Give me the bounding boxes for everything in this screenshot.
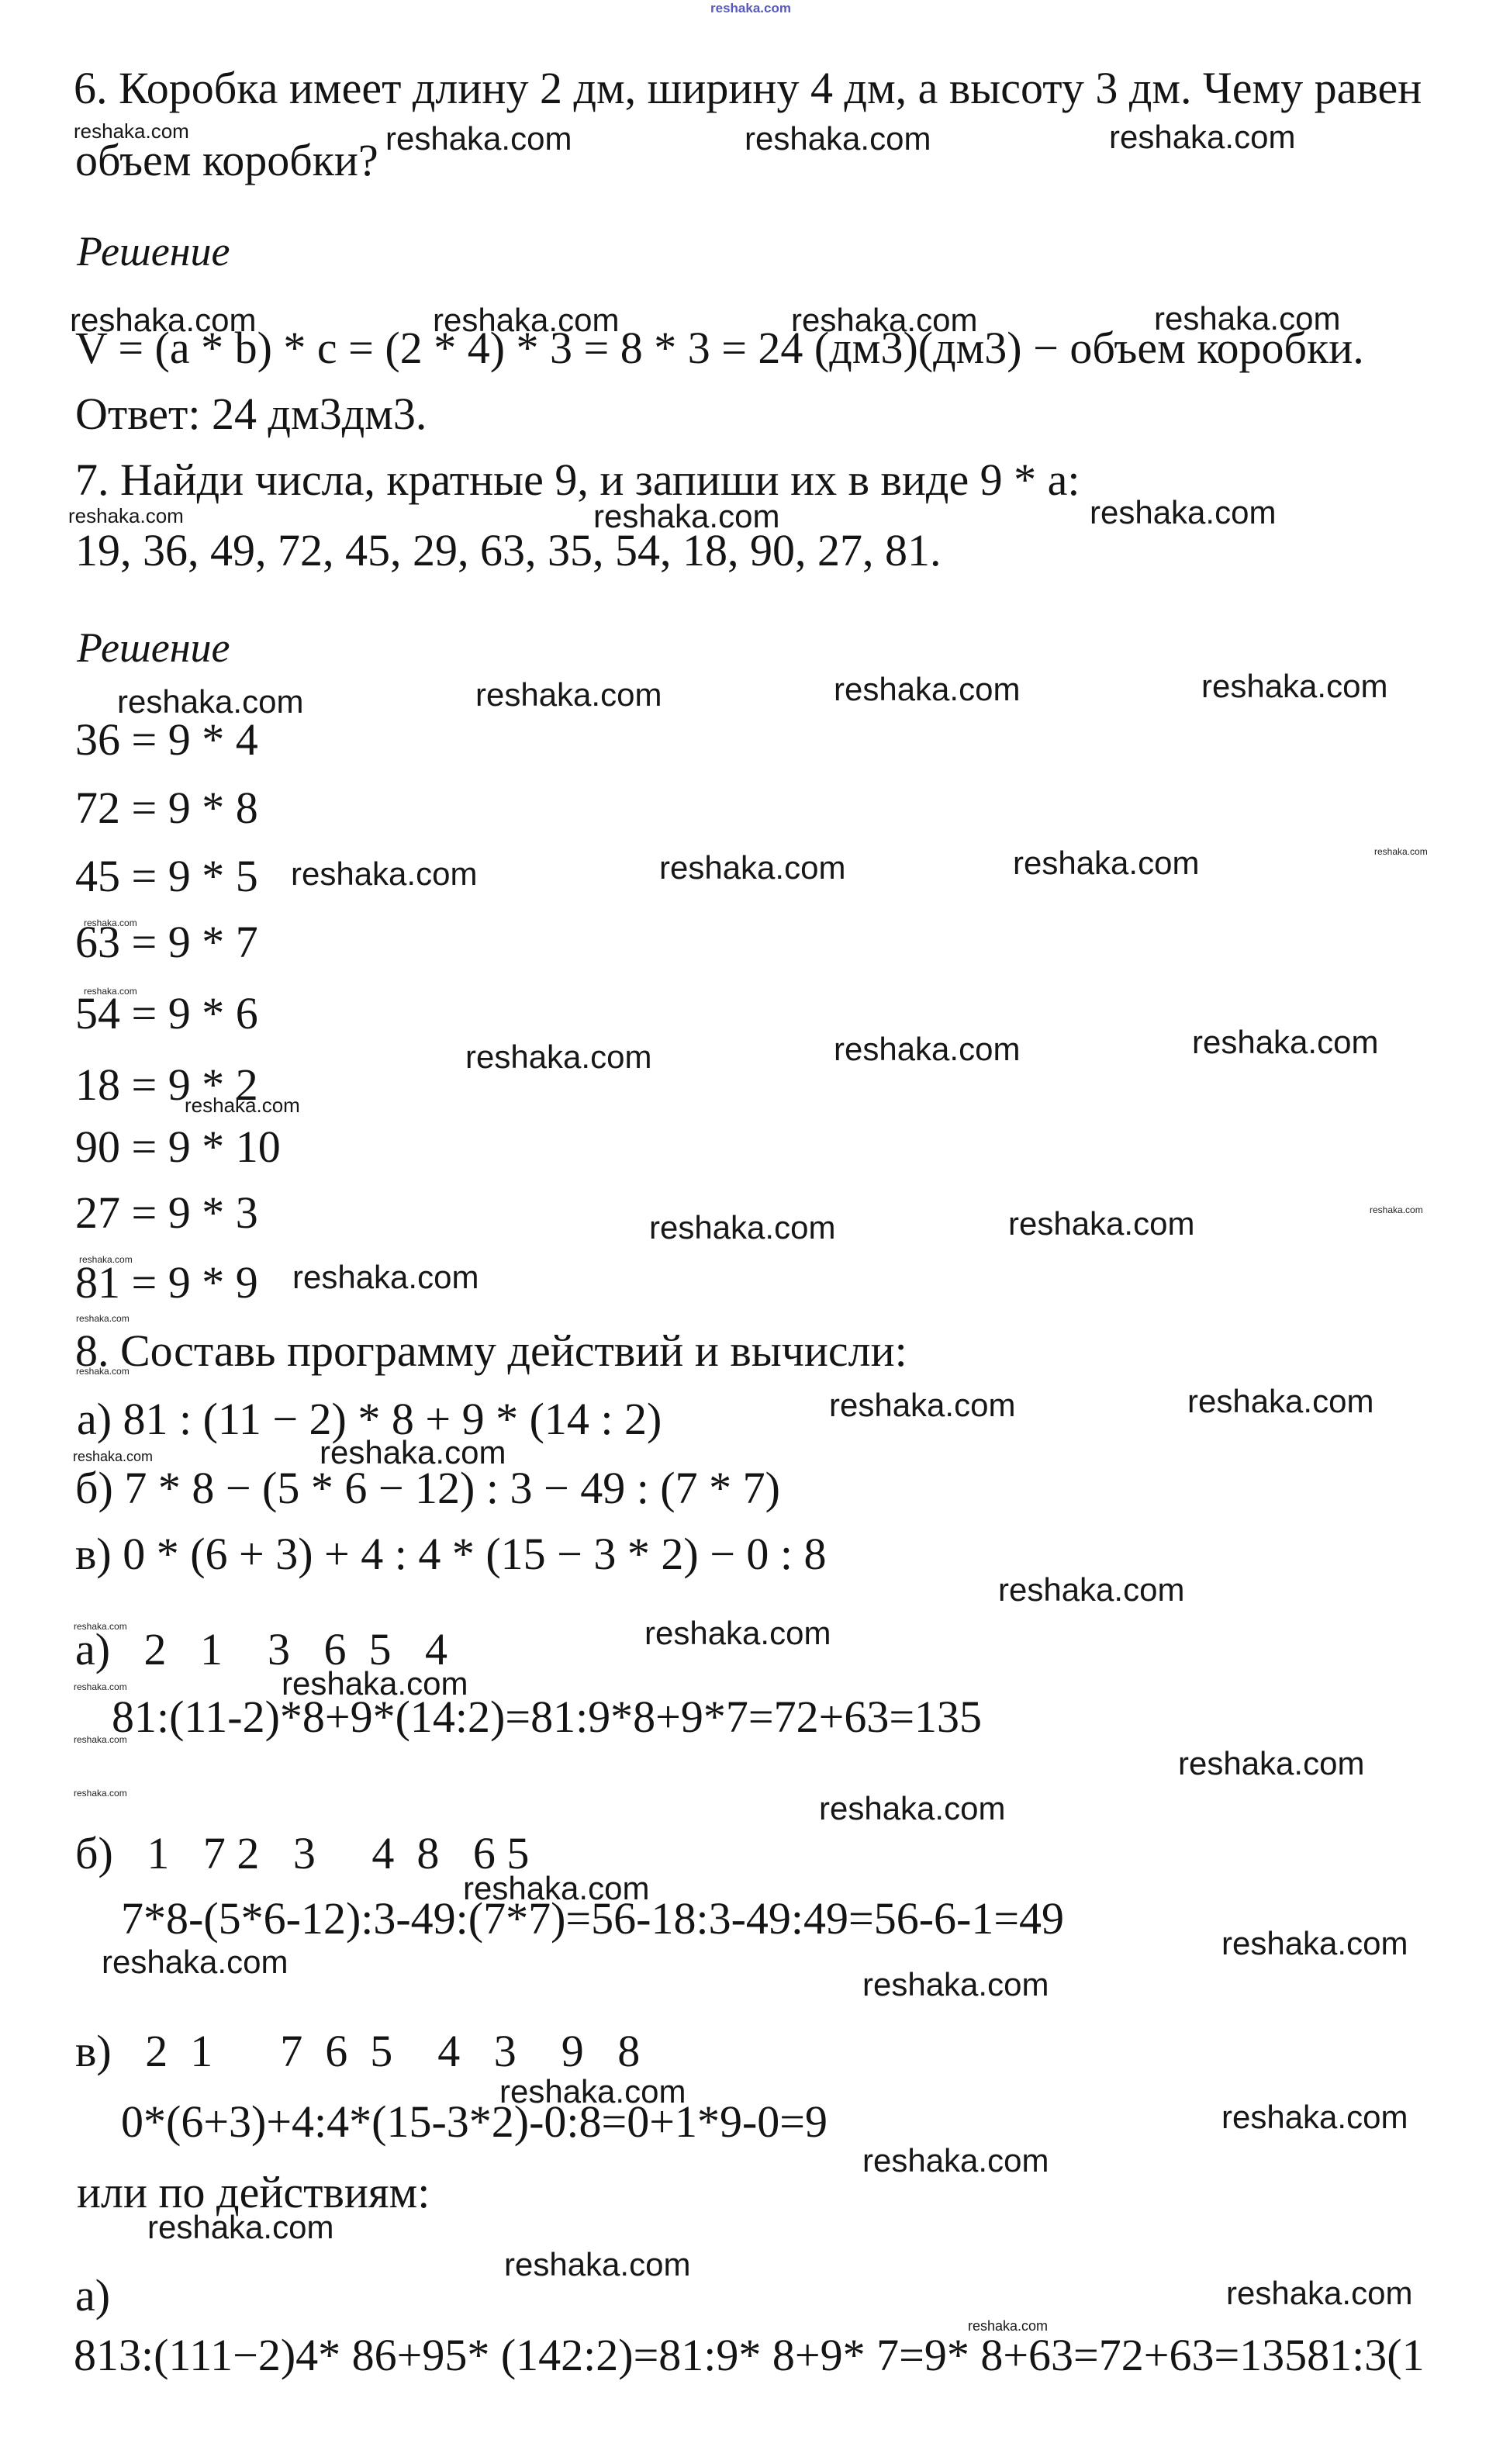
problem-7-solution-heading: Решение <box>77 626 230 670</box>
watermark-text: reshaka.com <box>463 1872 649 1905</box>
watermark-text: reshaka.com <box>1187 1385 1373 1418</box>
equation-72: 72 = 9 * 8 <box>75 785 258 832</box>
watermark-text: reshaka.com <box>1154 302 1340 335</box>
problem-8-statement: 8. Составь программу действий и вычисли: <box>75 1328 907 1375</box>
expression-b: б) 7 * 8 − (5 * 6 − 12) : 3 − 49 : (7 * … <box>75 1465 780 1512</box>
problem-6-solution-heading: Решение <box>77 230 230 274</box>
watermark-text: reshaka.com <box>998 1574 1184 1606</box>
watermark-text: reshaka.com <box>1374 847 1428 856</box>
watermark-text: reshaka.com <box>829 1389 1015 1422</box>
watermark-text: reshaka.com <box>791 304 977 337</box>
equation-81: 81 = 9 * 9 <box>75 1260 258 1307</box>
watermark-logo-blue: reshaka.com <box>710 2 791 15</box>
watermark-text: reshaka.com <box>499 2075 686 2108</box>
watermark-text: reshaka.com <box>1226 2277 1412 2310</box>
watermark-text: reshaka.com <box>475 679 662 711</box>
watermark-text: reshaka.com <box>282 1667 468 1700</box>
watermark-text: reshaka.com <box>593 500 779 533</box>
watermark-text: reshaka.com <box>659 852 845 884</box>
watermark-text: reshaka.com <box>79 1255 133 1264</box>
equation-54: 54 = 9 * 6 <box>75 990 258 1038</box>
watermark-text: reshaka.com <box>74 1735 127 1744</box>
watermark-text: reshaka.com <box>504 2248 690 2281</box>
alternative-calculation-a: 813:(111−2)4* 86+95* (142:2)=81:9* 8+9* … <box>74 2332 1425 2379</box>
watermark-text: reshaka.com <box>70 304 256 337</box>
watermark-text: reshaka.com <box>1370 1205 1423 1215</box>
watermark-text: reshaka.com <box>433 304 619 337</box>
equation-90: 90 = 9 * 10 <box>75 1124 281 1171</box>
problem-7-numbers: 19, 36, 49, 72, 45, 29, 63, 35, 54, 18, … <box>75 527 942 575</box>
watermark-text: reshaka.com <box>74 1682 127 1692</box>
alternative-label-a: а) <box>75 2272 110 2320</box>
watermark-text: reshaka.com <box>84 987 137 996</box>
equation-45: 45 = 9 * 5 <box>75 853 258 900</box>
watermark-text: reshaka.com <box>834 1033 1020 1066</box>
watermark-text: reshaka.com <box>1221 2101 1408 2134</box>
watermark-text: reshaka.com <box>320 1436 506 1469</box>
watermark-text: reshaka.com <box>1090 496 1276 529</box>
watermark-text: reshaka.com <box>117 686 303 718</box>
watermark-text: reshaka.com <box>185 1095 300 1115</box>
watermark-text: reshaka.com <box>745 123 931 155</box>
calculation-a: 81:(11-2)*8+9*(14:2)=81:9*8+9*7=72+63=13… <box>112 1694 982 1741</box>
problem-6-statement-line-1: 6. Коробка имеет длину 2 дм, ширину 4 дм… <box>74 65 1422 112</box>
order-line-v: в) 2 1 7 6 5 4 3 9 8 <box>75 2028 640 2075</box>
problem-6-statement-line-2: объем коробки? <box>75 137 378 185</box>
watermark-text: reshaka.com <box>74 1788 127 1798</box>
watermark-text: reshaka.com <box>819 1792 1005 1825</box>
watermark-text: reshaka.com <box>74 1622 127 1631</box>
problem-6-answer: Ответ: 24 дм3дм3. <box>75 391 427 438</box>
watermark-text: reshaka.com <box>385 123 572 155</box>
equation-27: 27 = 9 * 3 <box>75 1190 258 1237</box>
watermark-text: reshaka.com <box>649 1211 835 1244</box>
watermark-text: reshaka.com <box>84 918 137 928</box>
watermark-text: reshaka.com <box>1192 1026 1378 1059</box>
watermark-text: reshaka.com <box>68 506 184 526</box>
watermark-text: reshaka.com <box>1221 1927 1408 1960</box>
watermark-text: reshaka.com <box>834 673 1020 706</box>
watermark-text: reshaka.com <box>862 1968 1049 2001</box>
watermark-text: reshaka.com <box>73 1450 153 1464</box>
watermark-text: reshaka.com <box>862 2144 1049 2177</box>
watermark-text: reshaka.com <box>1008 1208 1194 1240</box>
watermark-text: reshaka.com <box>76 1367 130 1376</box>
watermark-text: reshaka.com <box>102 1946 288 1978</box>
watermark-text: reshaka.com <box>291 858 477 890</box>
watermark-text: reshaka.com <box>1201 670 1387 703</box>
worksheet-page: reshaka.com 6. Коробка имеет длину 2 дм,… <box>0 0 1503 2464</box>
watermark-text: reshaka.com <box>1109 121 1295 154</box>
watermark-text: reshaka.com <box>76 1314 130 1323</box>
calculation-v: 0*(6+3)+4:4*(15-3*2)-0:8=0+1*9-0=9 <box>121 2099 828 2146</box>
order-line-b: б) 1 7 2 3 4 8 6 5 <box>75 1830 529 1878</box>
expression-v: в) 0 * (6 + 3) + 4 : 4 * (15 − 3 * 2) − … <box>75 1531 827 1578</box>
equation-36: 36 = 9 * 4 <box>75 717 258 764</box>
problem-7-statement: 7. Найди числа, кратные 9, и запиши их в… <box>75 457 1080 504</box>
watermark-text: reshaka.com <box>147 2211 333 2244</box>
watermark-text: reshaka.com <box>968 2319 1048 2333</box>
watermark-text: reshaka.com <box>644 1617 831 1650</box>
watermark-text: reshaka.com <box>74 121 189 141</box>
watermark-text: reshaka.com <box>1178 1747 1364 1780</box>
watermark-text: reshaka.com <box>292 1261 479 1294</box>
watermark-text: reshaka.com <box>1013 847 1199 880</box>
watermark-text: reshaka.com <box>465 1041 651 1073</box>
